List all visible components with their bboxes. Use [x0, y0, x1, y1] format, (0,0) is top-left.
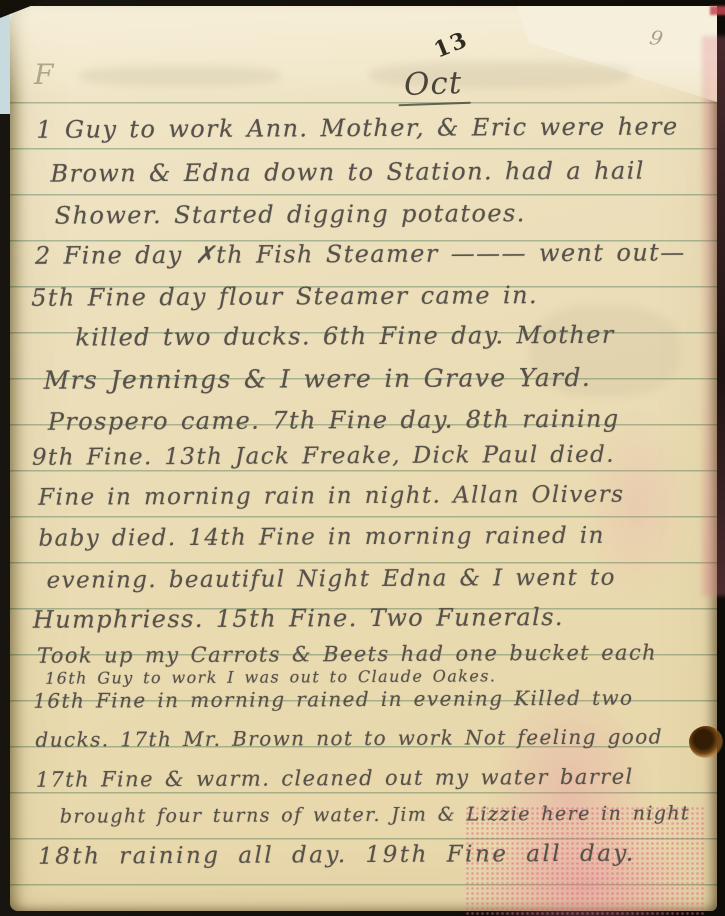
handwriting-line: 1 Guy to work Ann. Mother, & Eric were h…	[36, 112, 678, 143]
notebook-page: 13 9 F Oct 1 Guy to work Ann. Mother, & …	[10, 6, 717, 911]
handwriting-line: 17th Fine & warm. cleaned out my water b…	[36, 765, 634, 792]
handwriting-line: Humphriess. 15th Fine. Two Funerals.	[33, 603, 564, 634]
scanner-corner-shadow	[0, 0, 46, 18]
handwriting-line: Shower. Started digging potatoes.	[55, 199, 526, 229]
handwriting-line: Mrs Jennings & I were in Grave Yard.	[44, 363, 592, 395]
handwriting-line: brought four turns of water. Jim & Lizzi…	[60, 802, 690, 827]
handwriting-line: 9th Fine. 13th Jack Freake, Dick Paul di…	[32, 442, 615, 471]
handwriting-line: 2 Fine day ✗th Fish Steamer ——— went out…	[35, 238, 686, 269]
handwriting-line: 5th Fine day flour Steamer came in.	[31, 281, 538, 312]
handwriting-line: Brown & Edna down to Station. had a hail	[50, 157, 644, 188]
handwriting-line: 16th Guy to work I was out to Claude Oak…	[45, 666, 496, 687]
scanned-diary-page: 13 9 F Oct 1 Guy to work Ann. Mother, & …	[0, 0, 725, 916]
handwriting-line: baby died. 14th Fine in morning rained i…	[38, 523, 605, 552]
handwriting-line: 16th Fine in morning rained in evening K…	[33, 686, 633, 713]
handwriting-line: 18th raining all day. 19th Fine all day.	[38, 841, 636, 870]
handwriting-line: Took up my Carrots & Beets had one bucke…	[37, 641, 657, 668]
handwriting-line: evening. beautiful Night Edna & I went t…	[47, 565, 616, 594]
handwriting-line: killed two ducks. 6th Fine day. Mother	[75, 321, 614, 352]
handwriting-line: Prospero came. 7th Fine day. 8th raining	[48, 405, 620, 436]
handwriting-lines: 1 Guy to work Ann. Mother, & Eric were h…	[30, 4, 714, 913]
handwriting-line: Fine in morning rain in night. Allan Oli…	[38, 482, 624, 511]
handwriting-line: ducks. 17th Mr. Brown not to work Not fe…	[35, 724, 663, 751]
